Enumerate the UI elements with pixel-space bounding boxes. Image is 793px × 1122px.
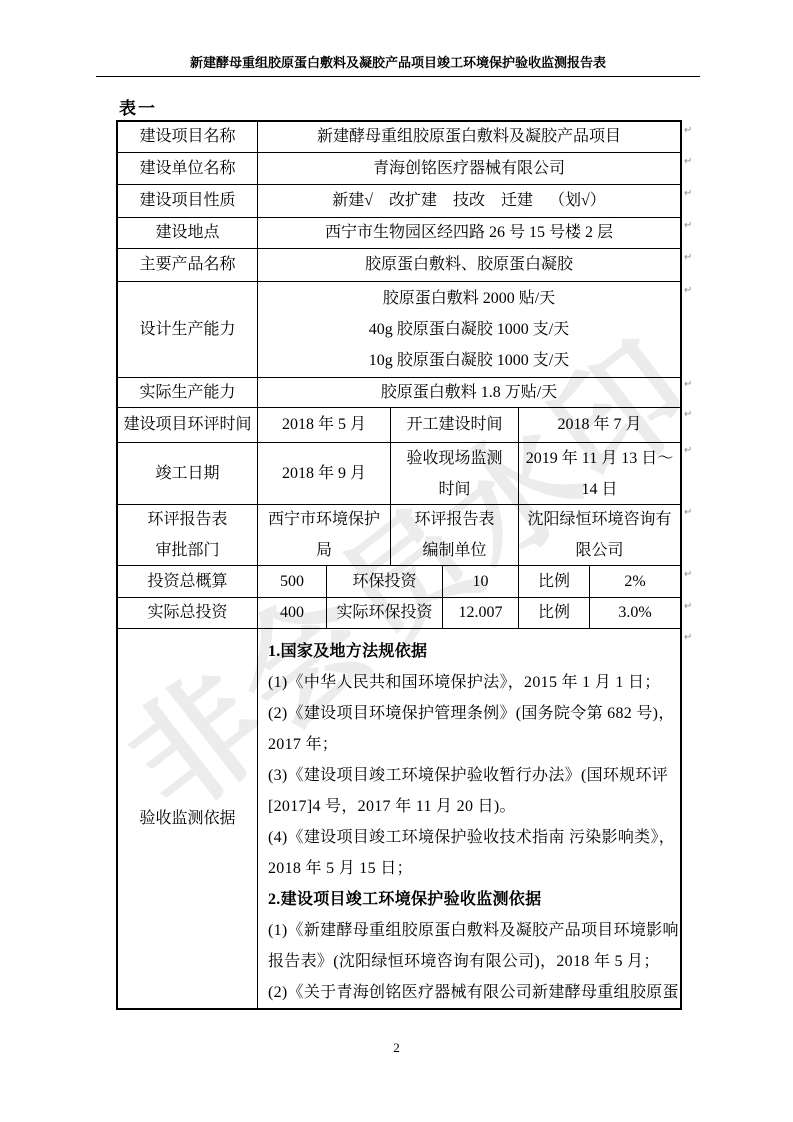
capacity-line: 胶原蛋白敷料 2000 贴/天: [383, 283, 555, 314]
header-title: 新建酵母重组胶原蛋白敷料及凝胶产品项目竣工环境保护验收监测报告表: [190, 55, 606, 70]
table-row-main-products: 主要产品名称 胶原蛋白敷料、胶原蛋白凝胶: [118, 248, 680, 281]
table-row-location: 建设地点 西宁市生物园区经四路 26 号 15 号楼 2 层: [118, 217, 680, 248]
label-line: 时间: [438, 474, 470, 505]
basis-line: (1)《中华人民共和国环境保护法》，2015 年 1 月 1 日；: [268, 667, 661, 698]
table-row-design-capacity: 设计生产能力 胶原蛋白敷料 2000 贴/天 40g 胶原蛋白凝胶 1000 支…: [118, 281, 680, 377]
table-row-actual-capacity: 实际生产能力 胶原蛋白敷料 1.8 万贴/天: [118, 377, 680, 407]
paragraph-mark-icon: ↵: [684, 189, 692, 199]
page-header: 新建酵母重组胶原蛋白敷料及凝胶产品项目竣工环境保护验收监测报告表: [96, 52, 700, 77]
paragraph-mark-icon: ↵: [684, 126, 692, 136]
table-row-unit-name: 建设单位名称 青海创铭医疗器械有限公司: [118, 152, 680, 184]
row-label: 环评报告表 编制单位: [390, 505, 518, 565]
value-line: 2019 年 11 月 13 日～: [526, 443, 673, 474]
row-value: 新建√ 改扩建 技改 迁建 （划√）: [257, 185, 680, 217]
row-label: 比例: [518, 598, 589, 628]
row-label: 建设单位名称: [118, 153, 257, 184]
basis-line: (4)《建设项目竣工环境保护验收技术指南 污染影响类》，: [268, 822, 675, 853]
value-line: 沈阳绿恒环境咨询有: [527, 505, 671, 535]
row-label: 开工建设时间: [390, 408, 518, 442]
row-value: 西宁市环境保护 局: [257, 505, 390, 565]
row-value: 2018 年 7 月: [518, 408, 680, 442]
table-row-monitoring-basis: 验收监测依据 1.国家及地方法规依据 (1)《中华人民共和国环境保护法》，201…: [118, 628, 680, 1008]
label-line: 环评报告表: [414, 505, 494, 535]
basis-line: (2)《关于青海创铭医疗器械有限公司新建酵母重组胶原蛋: [268, 977, 679, 1008]
paragraph-mark-icon: ↵: [684, 633, 692, 643]
value-line: 局: [316, 535, 332, 565]
table-row-eia-time: 建设项目环评时间 2018 年 5 月 开工建设时间 2018 年 7 月: [118, 407, 680, 442]
report-table: 建设项目名称 新建酵母重组胶原蛋白敷料及凝胶产品项目 建设单位名称 青海创铭医疗…: [116, 120, 682, 1010]
row-value: 西宁市生物园区经四路 26 号 15 号楼 2 层: [257, 218, 680, 248]
basis-line: [2017]4 号，2017 年 11 月 20 日)。: [268, 791, 516, 822]
basis-line: 2017 年；: [268, 729, 338, 760]
paragraph-mark-icon: ↵: [684, 410, 692, 420]
row-value: 2018 年 5 月: [257, 408, 390, 442]
row-value: 1.国家及地方法规依据 (1)《中华人民共和国环境保护法》，2015 年 1 月…: [257, 629, 680, 1008]
basis-line: (2)《建设项目环境保护管理条例》(国务院令第 682 号)，: [268, 698, 675, 729]
page-number: 2: [0, 1040, 793, 1056]
basis-line: (3)《建设项目竣工环境保护验收暂行办法》(国环规环评: [268, 760, 668, 791]
label-line: 验收现场监测: [406, 443, 502, 474]
row-value: 12.007: [442, 598, 518, 628]
capacity-line: 10g 胶原蛋白凝胶 1000 支/天: [369, 345, 569, 376]
row-value: 2019 年 11 月 13 日～ 14 日: [518, 443, 680, 504]
row-value: 新建酵母重组胶原蛋白敷料及凝胶产品项目: [257, 122, 680, 152]
table-row-project-name: 建设项目名称 新建酵母重组胶原蛋白敷料及凝胶产品项目: [118, 122, 680, 152]
table-row-completion-date: 竣工日期 2018 年 9 月 验收现场监测 时间 2019 年 11 月 13…: [118, 442, 680, 504]
row-value: 沈阳绿恒环境咨询有 限公司: [518, 505, 680, 565]
row-value: 胶原蛋白敷料 2000 贴/天 40g 胶原蛋白凝胶 1000 支/天 10g …: [257, 282, 680, 377]
row-label: 建设项目环评时间: [118, 408, 257, 442]
paragraph-mark-icon: ↵: [684, 380, 692, 390]
table-caption: 表一: [119, 94, 157, 119]
row-value: 青海创铭医疗器械有限公司: [257, 153, 680, 184]
table-row-eia-approval: 环评报告表 审批部门 西宁市环境保护 局 环评报告表 编制单位 沈阳绿恒环境咨询…: [118, 504, 680, 565]
label-line: 编制单位: [422, 535, 486, 565]
label-line: 环评报告表: [147, 505, 227, 535]
row-label: 验收现场监测 时间: [390, 443, 518, 504]
row-label: 建设地点: [118, 218, 257, 248]
paragraph-mark-icon: ↵: [684, 602, 692, 612]
row-value: 3.0%: [589, 598, 680, 628]
paragraph-mark-icon: ↵: [684, 253, 692, 263]
row-label: 比例: [518, 566, 589, 597]
table-row-project-nature: 建设项目性质 新建√ 改扩建 技改 迁建 （划√）: [118, 184, 680, 217]
row-value: 胶原蛋白敷料、胶原蛋白凝胶: [257, 249, 680, 281]
table-row-budget: 投资总概算 500 环保投资 10 比例 2%: [118, 565, 680, 597]
row-label: 实际生产能力: [118, 378, 257, 407]
basis-line: 2018 年 5 月 15 日；: [268, 853, 413, 884]
row-value: 胶原蛋白敷料 1.8 万贴/天: [257, 378, 680, 407]
row-label: 建设项目性质: [118, 185, 257, 217]
basis-line: 2.建设项目竣工环境保护验收监测依据: [268, 884, 541, 915]
basis-line: (1)《新建酵母重组胶原蛋白敷料及凝胶产品项目环境影响: [268, 915, 679, 946]
row-label: 主要产品名称: [118, 249, 257, 281]
capacity-line: 40g 胶原蛋白凝胶 1000 支/天: [369, 314, 569, 345]
paragraph-mark-icon: ↵: [684, 286, 692, 296]
value-line: 西宁市环境保护: [268, 505, 380, 535]
value-line: 限公司: [575, 535, 623, 565]
basis-line: 1.国家及地方法规依据: [268, 636, 427, 667]
row-label: 竣工日期: [118, 443, 257, 504]
basis-line: 报告表》(沈阳绿恒环境咨询有限公司)，2018 年 5 月；: [268, 946, 660, 977]
row-label: 环保投资: [326, 566, 442, 597]
paragraph-mark-icon: ↵: [684, 508, 692, 518]
row-value: 2%: [589, 566, 680, 597]
row-value: 2018 年 9 月: [257, 443, 390, 504]
row-value: 500: [257, 566, 326, 597]
row-label: 实际总投资: [118, 598, 257, 628]
row-value: 400: [257, 598, 326, 628]
paragraph-mark-icon: ↵: [684, 446, 692, 456]
row-label: 实际环保投资: [326, 598, 442, 628]
row-label: 投资总概算: [118, 566, 257, 597]
row-value: 10: [442, 566, 518, 597]
row-label: 环评报告表 审批部门: [118, 505, 257, 565]
paragraph-mark-icon: ↵: [684, 157, 692, 167]
paragraph-mark-icon: ↵: [684, 570, 692, 580]
paragraph-mark-icon: ↵: [684, 221, 692, 231]
row-label: 验收监测依据: [118, 629, 257, 1008]
table-row-actual-investment: 实际总投资 400 实际环保投资 12.007 比例 3.0%: [118, 597, 680, 628]
row-label: 建设项目名称: [118, 122, 257, 152]
row-label: 设计生产能力: [118, 282, 257, 377]
value-line: 14 日: [581, 474, 617, 505]
label-line: 审批部门: [155, 535, 219, 565]
